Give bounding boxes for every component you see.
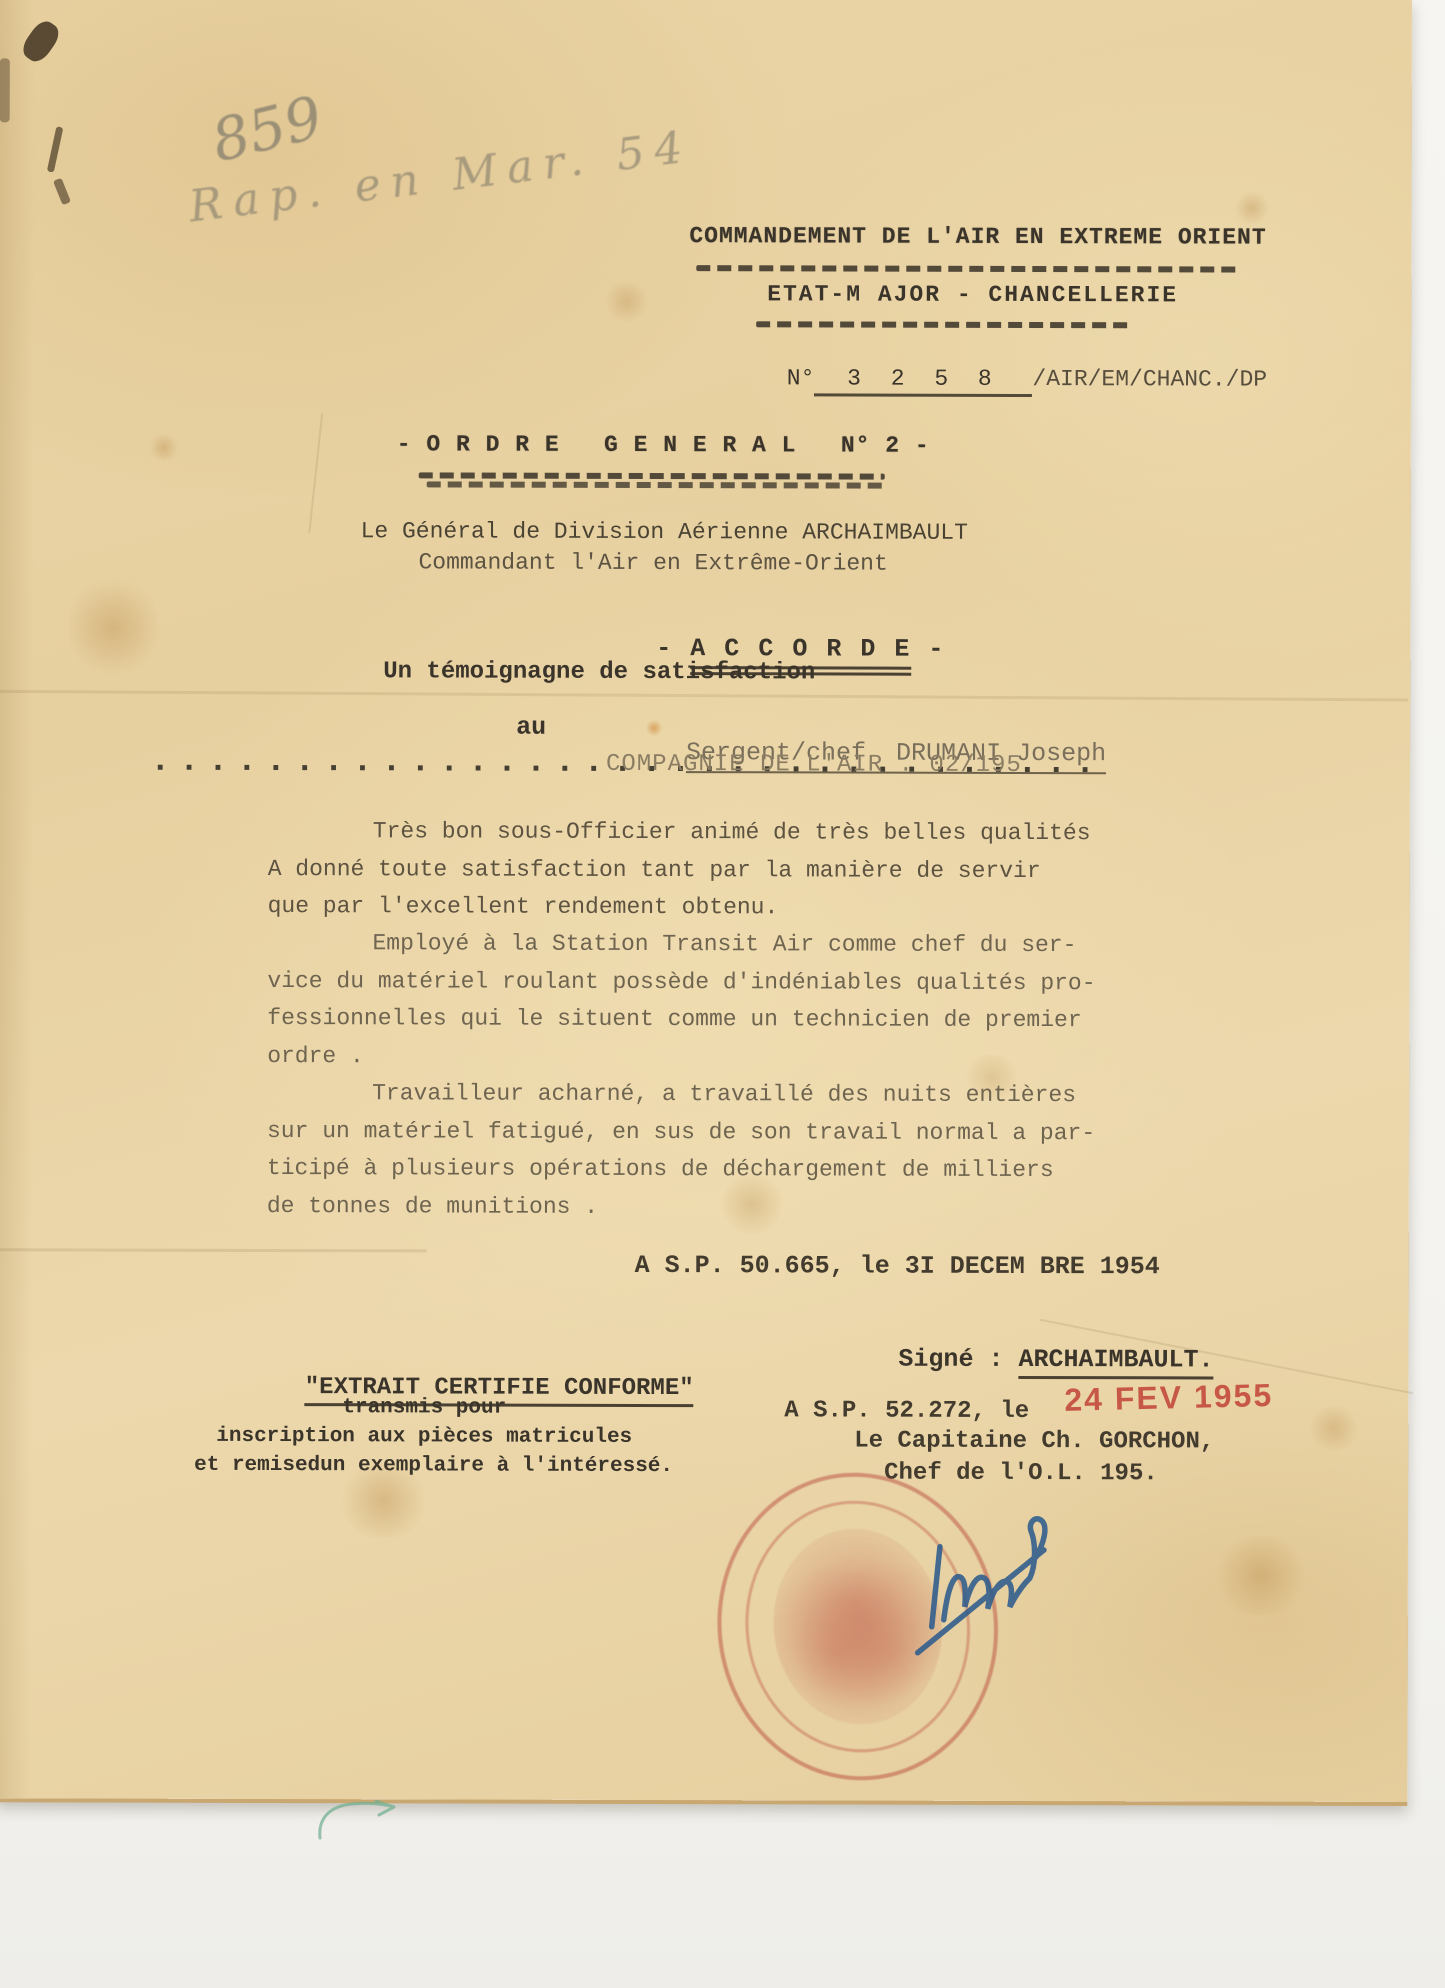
fold-crease [308,413,323,533]
accorde-suffix: - [911,635,945,664]
edge-mark [47,126,64,172]
dashed-rule [756,321,1134,328]
recipient-unit: COMPAGNIE DE L'AIR . 02/195 [606,750,1022,781]
issue-place-date: A S.P. 50.665, le 3I DECEM BRE 1954 [635,1250,1160,1283]
citation-paragraph-3: Travailleur acharné, a travaillé des nui… [267,1075,1137,1227]
issuer-role-line: Commandant l'Air en Extrême-Orient [418,548,887,578]
issuer-name-line: Le Général de Division Aérienne ARCHAIMB… [361,517,968,547]
reference-number-value: 3 2 5 8 [814,364,1032,396]
certification-place-date: A S.P. 52.272, le [784,1396,1029,1427]
certifying-officer-role: Chef de l'O.L. 195. [884,1459,1158,1490]
paper-stain [1234,191,1269,226]
scanned-document: 859 Rap. en Mar. 54 COMMANDEMENT DE L'AI… [0,0,1445,1988]
citation-paragraph-2: Employé à la Station Transit Air comme c… [267,925,1137,1077]
edge-mark [0,58,10,122]
paper-stain [68,572,158,682]
reference-number-line: N°3 2 5 8/AIR/EM/CHANC./DP [704,335,1267,426]
letterhead-command: COMMANDEMENT DE L'AIR EN EXTREME ORIENT [689,222,1266,252]
torn-corner-mark [18,17,63,66]
citation-paragraph-1: Très bon sous-Officier animé de très bel… [268,813,1128,928]
certifying-officer: Le Capitaine Ch. GORCHON, [854,1427,1214,1458]
edge-mark [53,178,71,205]
date-stamp: 24 FEV 1955 [1064,1375,1274,1420]
signed-name: ARCHAIMBAULT. [1018,1345,1213,1380]
recipient-label: au [516,712,546,743]
dashed-rule [427,481,885,488]
dashed-rule [419,472,885,479]
reference-number-suffix: /AIR/EM/CHANC./DP [1032,366,1267,393]
fold-crease [0,1248,427,1252]
document-paper: 859 Rap. en Mar. 54 COMMANDEMENT DE L'AI… [0,0,1412,1802]
paper-stain [604,279,649,324]
certification-note: transmis pour inscription aux pièces mat… [194,1393,654,1481]
letterhead-office: ETAT-M AJOR - CHANCELLERIE [767,280,1178,310]
dashed-rule [696,265,1242,272]
paper-stain [1211,1535,1311,1615]
order-title: - O R D R E G E N E R A L N° 2 - [397,430,930,460]
pencil-annotation-number: 859 [205,83,329,176]
paper-stain [1306,1406,1361,1451]
reference-number-label: N° [787,365,815,391]
signed-label: Signé : [898,1345,1018,1374]
red-circular-stamp [698,1455,1017,1798]
award-line: Un témoignagne de satisfaction [383,657,815,688]
paper-stain [149,433,179,463]
